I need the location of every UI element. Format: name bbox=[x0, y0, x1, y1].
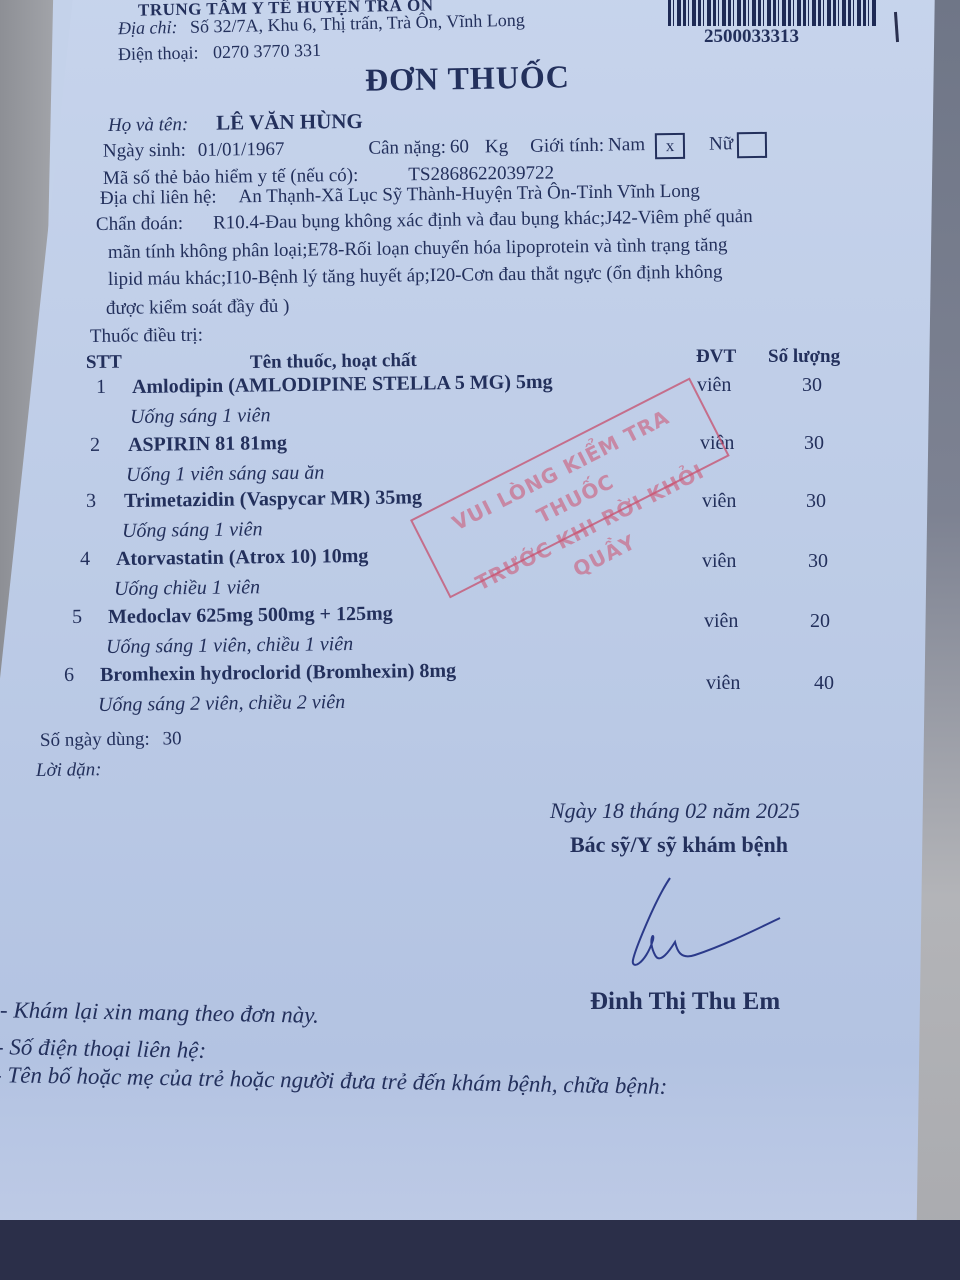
female-checkbox bbox=[737, 132, 767, 158]
weight-value: 60 bbox=[450, 136, 469, 157]
item-qty: 30 bbox=[802, 374, 822, 397]
days-label: Số ngày dùng: bbox=[40, 729, 150, 751]
col-unit-header: ĐVT bbox=[696, 346, 736, 368]
days-value: 30 bbox=[162, 728, 181, 749]
col-name-header: Tên thuốc, hoạt chất bbox=[250, 350, 417, 374]
item-name: Medoclav 625mg 500mg + 125mg bbox=[108, 603, 393, 629]
gender-label: Giới tính: bbox=[530, 135, 604, 157]
item-name: Bromhexin hydroclorid (Bromhexin) 8mg bbox=[100, 660, 456, 687]
dob-value: 01/01/1967 bbox=[198, 138, 285, 160]
item-qty: 40 bbox=[814, 672, 834, 695]
item-usage: Uống chiều 1 viên bbox=[114, 576, 260, 601]
contact-value: An Thạnh-Xã Lục Sỹ Thành-Huyện Trà Ôn-Tỉ… bbox=[238, 181, 699, 208]
phone-label: Điện thoại: bbox=[118, 42, 199, 64]
dob-label: Ngày sinh: bbox=[103, 140, 186, 162]
item-name: ASPIRIN 81 81mg bbox=[128, 432, 287, 457]
patient-dob-row: Ngày sinh: 01/01/1967 Cân nặng: 60 Kg Gi… bbox=[103, 132, 767, 166]
item-name: Atorvastatin (Atrox 10) 10mg bbox=[116, 545, 369, 571]
name-label: Họ và tên: bbox=[108, 114, 188, 136]
phone-value: 0270 3770 331 bbox=[213, 40, 321, 62]
diagnosis-row: Chẩn đoán: R10.4-Đau bụng không xác định… bbox=[96, 206, 753, 236]
doctor-signature bbox=[625, 870, 795, 980]
treatment-label: Thuốc điều trị: bbox=[90, 325, 203, 348]
item-name: Amlodipin (AMLODIPINE STELLA 5 MG) 5mg bbox=[132, 371, 553, 399]
item-name: Trimetazidin (Vaspycar MR) 35mg bbox=[124, 486, 422, 513]
item-usage: Uống sáng 1 viên bbox=[130, 404, 271, 429]
item-usage: Uống sáng 1 viên bbox=[122, 518, 263, 543]
item-usage: Uống 1 viên sáng sau ăn bbox=[126, 462, 325, 487]
diagnosis-line-3: lipid máu khác;I10-Bệnh lý tăng huyết áp… bbox=[108, 261, 723, 291]
item-usage: Uống sáng 1 viên, chiều 1 viên bbox=[106, 633, 353, 659]
weight-unit: Kg bbox=[485, 136, 508, 157]
item-stt: 6 bbox=[64, 664, 74, 687]
item-stt: 4 bbox=[80, 548, 90, 571]
item-unit: viên bbox=[704, 610, 738, 633]
item-qty: 30 bbox=[806, 490, 826, 513]
barcode bbox=[668, 0, 878, 26]
item-stt: 2 bbox=[90, 434, 100, 457]
note-guardian: - Tên bố hoặc mẹ của trẻ hoặc người đưa … bbox=[0, 1062, 667, 1100]
item-unit: viên bbox=[706, 672, 740, 695]
note-phone: - Số điện thoại liên hệ: bbox=[0, 1034, 206, 1064]
address-label: Địa chỉ: bbox=[118, 17, 178, 38]
item-stt: 1 bbox=[96, 376, 106, 399]
male-checkbox: x bbox=[655, 133, 685, 159]
advice-label: Lời dặn: bbox=[36, 759, 102, 782]
item-usage: Uống sáng 2 viên, chiều 2 viên bbox=[98, 691, 345, 717]
patient-name-row: Họ và tên: LÊ VĂN HÙNG bbox=[108, 109, 363, 137]
note-revisit: - Khám lại xin mang theo đơn này. bbox=[0, 997, 319, 1029]
item-qty: 20 bbox=[810, 610, 830, 633]
barcode-number: 2500033313 bbox=[704, 26, 799, 48]
days-row: Số ngày dùng: 30 bbox=[40, 728, 182, 752]
diagnosis-label: Chẩn đoán: bbox=[96, 213, 183, 235]
contact-label: Địa chỉ liên hệ: bbox=[100, 187, 217, 209]
diagnosis-line-2: mãn tính không phân loại;E78-Rối loạn ch… bbox=[108, 234, 728, 264]
item-unit: viên bbox=[702, 550, 736, 573]
weight-label: Cân nặng: bbox=[368, 136, 446, 158]
item-stt: 3 bbox=[86, 490, 96, 513]
diagnosis-line-1: R10.4-Đau bụng không xác định và đau bụn… bbox=[213, 206, 753, 234]
col-stt-header: STT bbox=[86, 352, 122, 374]
item-qty: 30 bbox=[808, 550, 828, 573]
prescription-date: Ngày 18 tháng 02 năm 2025 bbox=[550, 798, 800, 824]
patient-name: LÊ VĂN HÙNG bbox=[216, 109, 363, 135]
male-label: Nam bbox=[608, 134, 645, 155]
diagnosis-line-4: được kiểm soát đầy đủ ) bbox=[106, 296, 290, 320]
col-qty-header: Số lượng bbox=[768, 346, 840, 368]
document-title: ĐƠN THUỐC bbox=[365, 58, 570, 99]
item-stt: 5 bbox=[72, 606, 82, 629]
item-qty: 30 bbox=[804, 432, 824, 455]
signer-title: Bác sỹ/Y sỹ khám bệnh bbox=[570, 832, 788, 858]
signer-name: Đinh Thị Thu Em bbox=[590, 988, 780, 1016]
female-label: Nữ bbox=[709, 133, 733, 154]
item-unit: viên bbox=[697, 374, 731, 397]
check-medicine-stamp: VUI LÒNG KIỂM TRA THUỐC TRƯỚC KHI RỜI KH… bbox=[410, 377, 730, 598]
prescription-content: TRUNG TÂM Y TẾ HUYỆN TRÀ ÔN Địa chỉ: Số … bbox=[0, 0, 960, 1280]
pen-mark bbox=[894, 12, 899, 42]
hospital-phone: Điện thoại: 0270 3770 331 bbox=[118, 40, 321, 65]
